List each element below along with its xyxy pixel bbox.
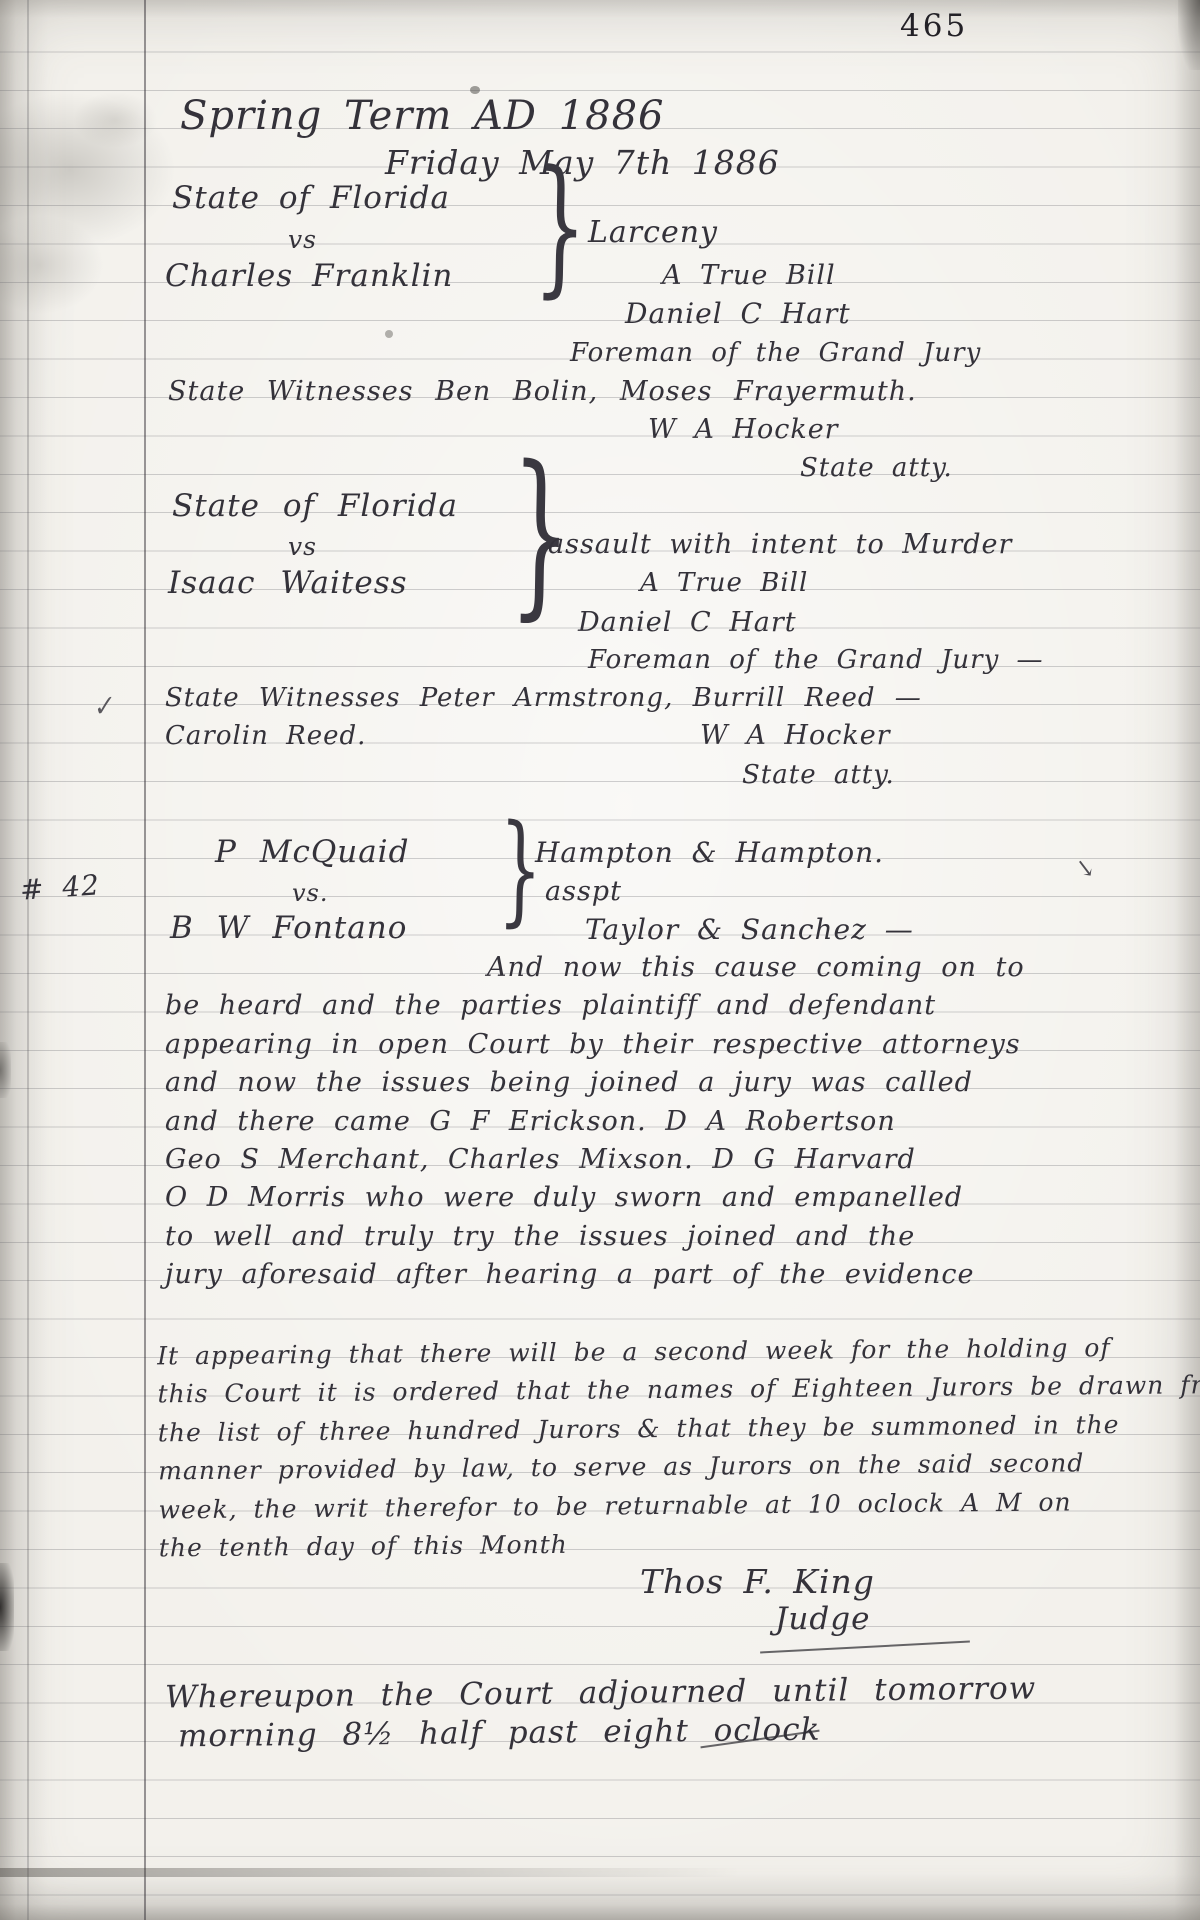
order-line: appearing in open Court by their respect… xyxy=(165,1026,1065,1064)
order-line: the tenth day of this Month xyxy=(159,1521,1169,1568)
case1-vs: vs xyxy=(288,227,317,252)
case3-case-number: # 42 xyxy=(19,871,101,905)
order-line: O D Morris who were duly sworn and empan… xyxy=(165,1179,1065,1217)
case1-brace: } xyxy=(533,150,588,302)
case2-defendant: Isaac Waitess xyxy=(168,568,408,599)
case2-plaintiff: State of Florida xyxy=(172,491,458,522)
case1-true-bill: A True Bill xyxy=(662,262,836,289)
order-line: and now the issues being joined a jury w… xyxy=(165,1064,1065,1102)
edge-smudge xyxy=(0,1042,11,1098)
case3-vs: vs. xyxy=(292,881,329,905)
case3-brace: } xyxy=(498,809,544,932)
order-line: And now this cause coming on to xyxy=(165,949,1065,987)
case3-defendant: B W Fontano xyxy=(170,913,407,944)
case1-foreman-name: Daniel C Hart xyxy=(625,300,851,328)
order-line: jury aforesaid after hearing a part of t… xyxy=(165,1256,1065,1294)
case3-counsel-defendant: Taylor & Sanchez — xyxy=(585,916,914,944)
case3-plaintiff: P McQuaid xyxy=(215,837,409,868)
case2-vs: vs xyxy=(288,534,317,559)
case2-attorney-title: State atty. xyxy=(742,762,895,788)
order-line: be heard and the parties plaintiff and d… xyxy=(165,987,1065,1025)
corner-shadow xyxy=(1178,0,1200,70)
edge-rule xyxy=(27,0,29,1920)
judge-title: Judge xyxy=(775,1604,870,1635)
case1-charge: Larceny xyxy=(588,218,718,248)
case1-plaintiff: State of Florida xyxy=(172,183,450,214)
case2-witnesses-line2: Carolin Reed. xyxy=(165,723,366,749)
adjournment-line: Whereupon the Court adjourned until tomo… xyxy=(165,1673,1036,1713)
case1-foreman-title: Foreman of the Grand Jury xyxy=(570,340,981,366)
page-number: 465 xyxy=(900,8,968,44)
term-line: Spring Term AD 1886 xyxy=(180,96,664,136)
case3-action: asspt xyxy=(545,878,622,905)
case1-defendant: Charles Franklin xyxy=(165,261,453,292)
binding-smudge xyxy=(0,1563,14,1651)
margin-checkmark-icon: ✓ xyxy=(90,692,118,722)
case2-witnesses-line1: State Witnesses Peter Armstrong, Burrill… xyxy=(165,685,922,711)
pen-arrow-icon: ↘ xyxy=(1073,855,1097,882)
ink-speck xyxy=(385,330,393,338)
order-jurors-paragraph: It appearing that there will be a second… xyxy=(157,1329,1169,1568)
order-verdict-paragraph: And now this cause coming on to be heard… xyxy=(165,949,1065,1295)
case2-foreman-title: Foreman of the Grand Jury — xyxy=(588,647,1044,673)
case2-charge: assault with intent to Murder xyxy=(548,531,1012,558)
case2-attorney-name: W A Hocker xyxy=(700,722,891,749)
case1-witnesses: State Witnesses Ben Bolin, Moses Frayerm… xyxy=(168,378,917,405)
case2-true-bill: A True Bill xyxy=(640,570,808,596)
case1-attorney-title: State atty. xyxy=(800,455,953,481)
adjournment-line: morning 8½ half past eight oclock xyxy=(178,1715,821,1753)
ledger-page: 465 Spring Term AD 1886 Friday May 7th 1… xyxy=(0,0,1200,1920)
order-line: and there came G F Erickson. D A Roberts… xyxy=(165,1103,1065,1141)
judge-signature: Thos F. King xyxy=(640,1565,875,1598)
order-line: Geo S Merchant, Charles Mixson. D G Harv… xyxy=(165,1141,1065,1179)
order-line: to well and truly try the issues joined … xyxy=(165,1218,1065,1256)
case3-counsel-plaintiff: Hampton & Hampton. xyxy=(535,839,884,867)
case2-foreman-name: Daniel C Hart xyxy=(578,609,797,636)
signature-flourish xyxy=(760,1641,970,1654)
margin-rule xyxy=(144,0,146,1920)
bottom-edge-line xyxy=(0,1868,780,1877)
case1-attorney-name: W A Hocker xyxy=(648,416,839,443)
